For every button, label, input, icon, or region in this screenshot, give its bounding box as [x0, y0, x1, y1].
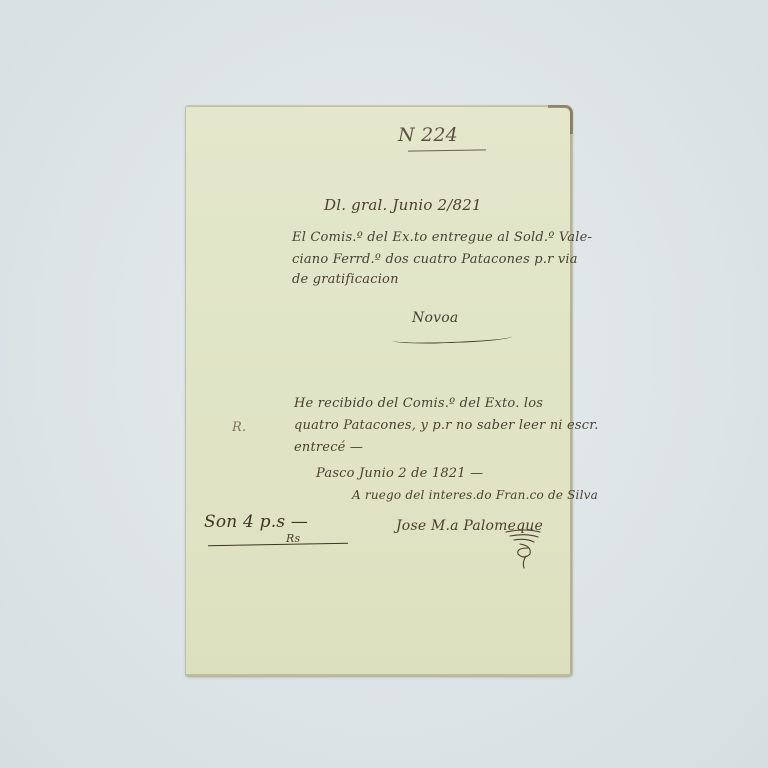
order-signature: Novoa — [412, 310, 458, 326]
order-line-1: El Comis.º del Ex.to entregue al Sold.º … — [292, 230, 592, 245]
amount-underline — [208, 543, 348, 546]
manuscript-page: N 224 Dl. gral. Junio 2/821 El Comis.º d… — [186, 106, 572, 676]
margin-note: R. — [232, 420, 246, 435]
date-heading: Dl. gral. Junio 2/821 — [324, 196, 482, 214]
receipt-place-date: Pasco Junio 2 de 1821 — — [316, 466, 483, 481]
amount-total: Son 4 p.s — — [204, 512, 308, 532]
receipt-line-1: He recibido del Comis.º del Exto. los — [294, 396, 543, 411]
receipt-line-2: quatro Patacones, y p.r no saber leer ni… — [294, 418, 599, 433]
receipt-line-3: entrecé — — [294, 440, 363, 455]
signature-flourish — [392, 332, 512, 345]
document-number-underline — [408, 149, 486, 151]
document-number: N 224 — [398, 124, 458, 146]
order-line-3: de gratificacion — [292, 272, 399, 287]
order-line-2: ciano Ferrd.º dos cuatro Patacones p.r v… — [292, 252, 578, 267]
corner-stain — [548, 105, 573, 134]
on-behalf-line: A ruego del interes.do Fran.co de Silva — [352, 488, 598, 502]
signature-rubric-icon — [504, 526, 544, 570]
